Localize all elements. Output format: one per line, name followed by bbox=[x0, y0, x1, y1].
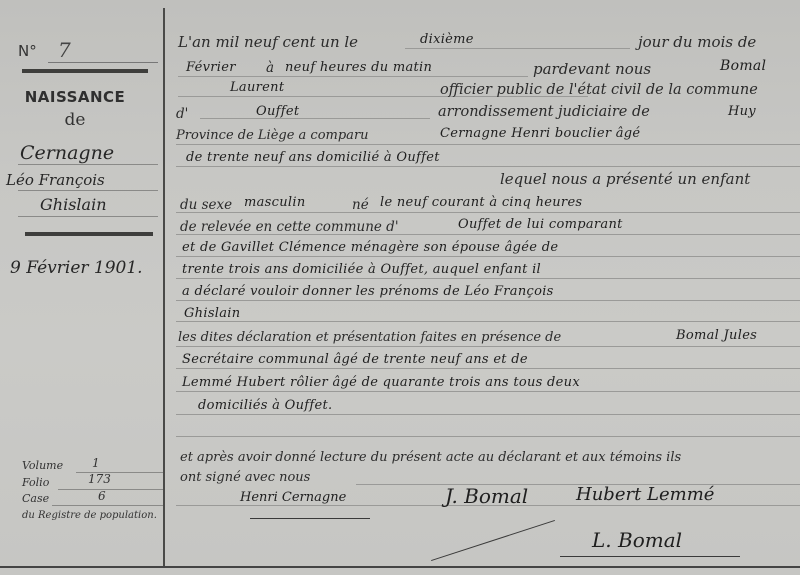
margin-divider bbox=[163, 8, 165, 568]
printed-text: du sexe bbox=[180, 197, 232, 213]
written-text: Ghislain bbox=[184, 306, 240, 321]
written-text: Bomal Jules bbox=[676, 328, 757, 343]
fill-line bbox=[405, 48, 630, 49]
written-text: Cernagne Henri bouclier âgé bbox=[440, 126, 640, 141]
case-line bbox=[52, 505, 163, 506]
register-page: N° 7 NAISSANCE de Cernagne Léo François … bbox=[0, 0, 800, 575]
divider bbox=[25, 232, 153, 236]
written-text: domiciliés à Ouffet. bbox=[198, 398, 332, 413]
written-text: Huy bbox=[728, 104, 756, 119]
number-line bbox=[48, 62, 158, 63]
divider bbox=[22, 69, 148, 73]
written-text: le neuf courant à cinq heures bbox=[380, 195, 582, 210]
signature-declarant: Henri Cernagne bbox=[240, 490, 346, 505]
folio-value: 173 bbox=[88, 472, 111, 486]
printed-text: né bbox=[352, 197, 369, 213]
folio-label: Folio bbox=[22, 476, 49, 489]
printed-text: jour du mois de bbox=[638, 33, 756, 51]
fill-line bbox=[178, 76, 528, 77]
child-given-names: Léo François bbox=[6, 171, 105, 189]
name-line bbox=[18, 164, 158, 165]
written-text: masculin bbox=[244, 195, 306, 210]
number-label: N° bbox=[18, 42, 37, 60]
heading: NAISSANCE bbox=[0, 88, 150, 106]
written-text: trente trois ans domiciliée à Ouffet, au… bbox=[182, 262, 541, 277]
margin-column: N° 7 NAISSANCE de Cernagne Léo François … bbox=[0, 0, 163, 575]
fill-line bbox=[176, 278, 800, 279]
fill-line bbox=[176, 414, 800, 415]
written-text: a déclaré vouloir donner les prénoms de … bbox=[182, 284, 554, 299]
signature-witness2: Hubert Lemmé bbox=[576, 484, 714, 505]
fill-line bbox=[176, 300, 800, 301]
fill-line bbox=[176, 166, 800, 167]
printed-text: pardevant nous bbox=[533, 60, 651, 78]
printed-text: à bbox=[266, 60, 274, 76]
volume-value: 1 bbox=[92, 456, 100, 470]
fill-line bbox=[200, 118, 430, 119]
printed-text: de relevée en cette commune d' bbox=[180, 219, 399, 235]
fill-line bbox=[176, 436, 800, 437]
written-text: Ouffet de lui comparant bbox=[458, 217, 623, 232]
fill-line bbox=[176, 212, 800, 213]
fill-line bbox=[176, 368, 800, 369]
written-text: Secrétaire communal âgé de trente neuf a… bbox=[182, 352, 528, 367]
written-text: dixième bbox=[420, 32, 474, 47]
written-text: Ouffet bbox=[256, 104, 299, 119]
printed-text: et après avoir donné lecture du présent … bbox=[180, 450, 681, 465]
name-line bbox=[18, 190, 158, 191]
volume-label: Volume bbox=[22, 459, 63, 472]
signature-flourish bbox=[250, 518, 370, 519]
fill-line bbox=[176, 256, 800, 257]
act-number: N° 7 bbox=[18, 38, 158, 68]
page-bottom-rule bbox=[0, 566, 800, 568]
written-text: de trente neuf ans domicilié à Ouffet bbox=[186, 150, 440, 165]
register-footer: du Registre de population. bbox=[22, 510, 157, 521]
case-label: Case bbox=[22, 492, 49, 505]
printed-text: arrondissement judiciaire de bbox=[438, 104, 650, 120]
child-surname: Cernagne bbox=[20, 142, 114, 164]
written-text: Laurent bbox=[230, 80, 284, 95]
printed-text: officier public de l'état civil de la co… bbox=[440, 82, 758, 98]
printed-text: Province de Liège a comparu bbox=[176, 128, 369, 143]
written-text: neuf heures du matin bbox=[285, 60, 432, 75]
fill-line bbox=[176, 321, 800, 322]
birth-date: 9 Février 1901. bbox=[10, 258, 143, 278]
signature-flourish bbox=[431, 520, 555, 561]
child-given-names-2: Ghislain bbox=[40, 195, 107, 214]
name-line bbox=[18, 216, 158, 217]
printed-text: les dites déclaration et présentation fa… bbox=[178, 330, 561, 345]
fill-line bbox=[176, 346, 800, 347]
printed-text: d' bbox=[176, 106, 188, 122]
written-text: Bomal bbox=[720, 58, 766, 74]
signature-witness1: J. Bomal bbox=[445, 484, 528, 508]
written-text: Février bbox=[186, 60, 236, 75]
fill-line bbox=[176, 234, 800, 235]
case-value: 6 bbox=[98, 489, 106, 503]
written-text: Lemmé Hubert rôlier âgé de quarante troi… bbox=[182, 375, 580, 390]
printed-text: lequel nous a présenté un enfant bbox=[500, 170, 750, 188]
folio-line bbox=[58, 489, 163, 490]
written-text: et de Gavillet Clémence ménagère son épo… bbox=[182, 240, 558, 255]
printed-text: L'an mil neuf cent un le bbox=[178, 33, 358, 51]
fill-line bbox=[176, 144, 800, 145]
fill-line bbox=[176, 391, 800, 392]
heading-de: de bbox=[0, 110, 150, 130]
number-value: 7 bbox=[58, 38, 71, 62]
signature-officer: L. Bomal bbox=[592, 528, 682, 552]
printed-text: ont signé avec nous bbox=[180, 470, 310, 485]
signature-flourish bbox=[560, 556, 740, 557]
